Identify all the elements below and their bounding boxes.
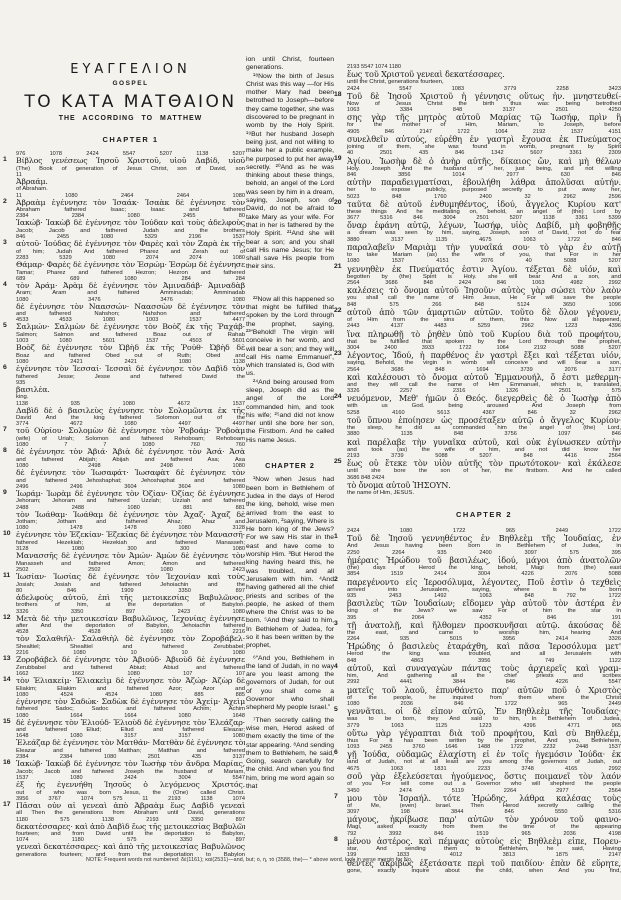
interlinear-line: 2564 3686 848 2424 846 1063 4982 2992καλ… <box>347 280 621 302</box>
greek-text-row: τοῦ ὕπνου ἐποίησεν ὡς προσέταξεν αὐτῷ ὁ … <box>347 416 621 425</box>
verse-number: 20 <box>334 199 342 206</box>
greek-text-row: ὄναρ ἐφάνη αὐτῷ, λέγων, Ἰωσήφ, υἱὸς Δαβί… <box>347 221 621 230</box>
greek-text-row: δὲ ἐγέννησε τὸν Ναασσών· Ναασσὼν δὲ ἐγέν… <box>16 303 245 312</box>
greek-text-row: ἐξ ἧς ἐγεννήθη Ἰησοῦς ὁ λεγόμενος Χριστό… <box>16 781 245 790</box>
interlinear-line: 2564 3686 848 1694 3739 2076 3177καὶ καλ… <box>347 367 621 389</box>
greek-text-row: βασιλεὺς τῶν Ἰουδαίων; εἴδομεν γὰρ αὐτοῦ… <box>347 599 621 608</box>
verse-number: 5 <box>3 322 7 329</box>
interlinear-line: 12424 1080 1722 965 2449 1722Τοῦ δὲ Ἰησο… <box>347 528 621 550</box>
greek-text-row: μάγους, ἠκρίβωσε παρ' αὐτῶν τὸν χρόνον τ… <box>347 815 621 824</box>
greek-text-row: Ἐλεάζαρ δὲ ἐγέννησε τὸν Ματθάν· Ματθὰν δ… <box>16 739 245 748</box>
greek-text-row: καλέσεις τὸ ὄνομα αὐτοῦ Ἰησοῦν· αὐτὸς γὰ… <box>347 286 621 295</box>
greek-text-row: καὶ καλέσουσι τὸ ὄνομα αὐτοῦ Ἐμμανουήλ, … <box>347 373 621 382</box>
interlinear-line: 233004 2400 3933 1722 1064 2192 5088 520… <box>347 345 621 367</box>
interlinear-line: 61093 2455 3760 1646 1488 1722 2232 2448… <box>347 744 621 766</box>
verse-number: 7 <box>334 793 338 800</box>
interlinear-line: 252193 3739 5088 5207 848 4416 2564ἕως ο… <box>347 453 621 475</box>
interlinear-line: 199 1833 4012 3813 1875 2147θέντες ἀκριβ… <box>347 852 621 874</box>
interlinear-line: 1080 3476 3476 1080δὲ ἐγέννησε τὸν Ναασσ… <box>16 297 245 318</box>
verse-number: 2 <box>3 198 7 205</box>
greek-text-row: Δαβὶδ δὲ ὁ βασιλεὺς ἐγέννησε τὸν Σολομῶν… <box>16 407 245 416</box>
greek-text-row: βασιλέα. <box>16 386 53 395</box>
left-interlinear-column: ΕΥΑΓΓΕΛΙΟΝ GOSPEL ΤΟ ΚΑΤΑ ΜΑΤΘΑΙΟΝ THE A… <box>3 62 245 858</box>
greek-text-row: Ἰωράμ· Ἰωρὰμ δὲ ἐγέννησε τὸν Ὀζίαν· Ὀζία… <box>16 490 245 499</box>
interlinear-line: 182424 5547 1083 3779 2258 3423Τοῦ δὲ Ἰη… <box>347 86 621 108</box>
interlinear-line: 151080 1664 1664 1080 1648δὲ ἐγέννησε τὸ… <box>16 713 245 734</box>
greek-text-row: Ζοροβάβελ δὲ ἐγέννησε τὸν Ἀβιούδ· Ἀβιοὺδ… <box>16 656 245 665</box>
interlinear-line: 1180 575 1138 2193 3350 897δεκατέσσαρες·… <box>16 817 245 838</box>
interlinear-line: 205023 848 1760 2400 32 2962 2596ταῦτα δ… <box>347 194 621 216</box>
interlinear-line: 3686 848 2424τὸ ὄνομα αὐτοῦ ἸΗΣΟΥΝ.the n… <box>347 475 468 497</box>
interlinear-line: 4689 689 1080 284 284τὸν Ἀράμ· Ἀρὰμ δὲ ἐ… <box>16 276 245 297</box>
greek-text-row: οὕτω γὰρ γέγραπται διὰ τοῦ προφήτου, Καὶ… <box>347 729 621 738</box>
greek-text-row: μου τὸν Ἰσραήλ. τότε Ἡρώδης, λάθρα καλέσ… <box>347 794 621 803</box>
interlinear-line: 211080 1537 4151 2076 40 5088 5207γεννηθ… <box>347 258 621 280</box>
verse-number: 18 <box>334 91 342 98</box>
interlinear-line: 1003 1080 5601 1537 4503 5601Βοὸζ δὲ ἐγέ… <box>16 338 245 359</box>
greek-text-row: ἡμέραις Ἡρώδου τοῦ βασιλέως, ἰδού, μάγοι… <box>347 556 621 565</box>
greek-text-row: τὸν Ἰωάθαμ· Ἰωάθαμ δὲ ἐγέννησε τὸν Ἀχαζ·… <box>16 511 245 520</box>
translation-paragraph: ⁷Then secretly calling the wise men, Her… <box>246 717 334 792</box>
page-header: ΕΥΑΓΓΕΛΙΟΝ GOSPEL ΤΟ ΚΑΤΑ ΜΑΤΘΑΙΟΝ THE A… <box>3 62 245 144</box>
verse-number: 17 <box>3 801 11 808</box>
greek-text-row: δὲ ἐγέννησε τὸν Ἐλιούδ· Ἐλιοὺδ δὲ ἐγέννη… <box>16 719 245 728</box>
verse-number: 10 <box>3 530 11 537</box>
interlinear-line: 173956 3767 1074 575 11 2193 1138 1074Πᾶ… <box>16 796 245 817</box>
interlinear-line: 80 846 1909 3350 897ἀδελφοὺς αὐτοῦ, ἐπὶ … <box>16 588 245 609</box>
interlinear-line: 4848 4863 3956 749 1122αὐτοῦ, καὶ συναγα… <box>347 658 621 680</box>
greek-text-row: μένου ἀστέρος. καὶ πέμψας αὐτοὺς εἰς Βηθ… <box>347 837 621 846</box>
interlinear-line: 92496 2496 3604 3604 1080Ἰωράμ· Ἰωρὰμ δὲ… <box>16 484 245 505</box>
gospel-title-english-gloss: GOSPEL <box>16 80 245 87</box>
interlinear-line: 3097 198 3844 846 5550 5316μάγους, ἠκρίβ… <box>347 809 621 831</box>
interlinear-line: 141662 1662 1080 107 107τὸν Ἐλιακείμ· Ἐλ… <box>16 671 245 692</box>
greek-text-row: δὲ ἐγέννησε τὸν Ἰωσαφάτ· Ἰωσαφὰτ δὲ ἐγέν… <box>16 469 245 478</box>
verse-number: 8 <box>334 836 338 843</box>
verse-number: 4 <box>3 281 7 288</box>
greek-text-row: Μετὰ δὲ τὴν μετοικεσίαν Βαβυλῶνος, Ἰεχον… <box>16 615 245 624</box>
greek-text-row: Ἀβραὰμ ἐγέννησε τὸν Ἰσαάκ· Ἰσαὰκ δὲ ἐγέν… <box>16 199 245 208</box>
interlinear-line: 846 3856 1014 2977 630 846αὐτὴν παραδειγ… <box>347 172 621 194</box>
interlinear-line: 73450 2474 5119 2264 2977 2564μου τὸν Ἰσ… <box>347 788 621 810</box>
greek-text-row: Ἀβραάμ. <box>16 178 66 187</box>
greek-text-row: σοῦ γὰρ ἐξελεύσεται ἡγούμενος, ὅστις ποι… <box>347 772 621 781</box>
greek-text-row: ἕως τοῦ Χριστοῦ γενεαὶ δεκατέσσαρες. <box>347 70 517 79</box>
interlinear-line: 54533 4533 1080 1003 1537 4477Σαλμών· Σα… <box>16 317 245 338</box>
greek-text-row: ταῦτα δὲ αὐτοῦ ἐνθυμηθέντος, ἰδού, ἄγγελ… <box>347 200 621 209</box>
english-gloss-row: the name of Him, JESUS. <box>347 490 468 496</box>
greek-text-row: Μανασσῆς δὲ ἐγέννησε τὸν Ἀμών· Ἀμὼν δὲ ἐ… <box>16 552 245 561</box>
verse-number: 6 <box>3 364 7 371</box>
interlinear-line: 73774 4672 1080 4497 4497τοῦ Οὐρίου· Σολ… <box>16 421 245 442</box>
greek-text-row: Ἁγίου. Ἰωσὴφ δὲ ὁ ἀνὴρ αὐτῆς, δίκαιος ὤν… <box>347 157 621 166</box>
interlinear-line: 11Ἀβραάμ.of Abraham. <box>16 172 66 193</box>
greek-text-row: αὐτὴν παραδειγματίσαι, ἐβουλήθη λάθρα ἀπ… <box>347 178 621 187</box>
greek-text-row: συνελθεῖν αὐτούς, εὑρέθη ἐν γαστρὶ ἔχουσ… <box>347 135 621 144</box>
interlinear-line: 2250 2264 935 2400 3097 575 395ἡμέραις Ἡ… <box>347 550 621 572</box>
verse-number: 12 <box>3 614 11 621</box>
chapter-2-heading-middle: CHAPTER 2 <box>246 462 334 470</box>
interlinear-line: 2384 2384 1080 2455 80Ἰακώβ· Ἰακὼβ δὲ ἐγ… <box>16 213 245 234</box>
interlinear-line: 2488 2488 1080 881 881τὸν Ἰωάθαμ· Ἰωάθαμ… <box>16 505 245 526</box>
greek-text-row: αὐτοῦ· Ἰούδας δὲ ἐγέννησε τὸν Φαρὲς καὶ … <box>16 240 245 249</box>
verse-number: 11 <box>3 572 10 579</box>
gospel-title-greek: ΕΥΑΓΓΕΛΙΟΝ <box>16 62 245 77</box>
interlinear-line: 51080 2036 846 1722 965 2449γεννᾶται. οἱ… <box>347 701 621 723</box>
interlinear-line: 1940 2501 435 846 1342 5607 3361 2309Ἁγί… <box>347 150 621 172</box>
english-translation-column: ion until Christ, fourteen generations.¹… <box>246 56 334 851</box>
chapter-1-heading: CHAPTER 1 <box>16 135 245 144</box>
verse-number: 13 <box>3 655 11 662</box>
interlinear-line: 3880 1135 848 3756 1097 846καὶ παρέλαβε … <box>347 431 621 453</box>
interlinear-line: 162384 2384 1080 2501 435 3137Ἰακώβ· Ἰακ… <box>16 754 245 775</box>
verse-number: 24 <box>334 393 342 400</box>
interlinear-line: 1537 1080 2424 3004 5547ἐξ ἧς ἐγεννήθη Ἰ… <box>16 775 245 796</box>
translation-paragraph: ²⁴And being aroused from sleep, Joseph d… <box>246 379 334 445</box>
greek-text-row: Βοὸζ δὲ ἐγέννησε τὸν Ὠβὴδ ἐκ τῆς Ῥούθ· Ὠ… <box>16 344 245 353</box>
greek-text-row: λέγοντος, Ἰδού, ἡ παρθένος ἐν γαστρὶ ἕξε… <box>347 351 621 360</box>
greek-text-row: γενεαὶ δεκατέσσαρες· καὶ ἀπὸ τῆς μετοικε… <box>16 843 245 852</box>
interlinear-line: 132216 1080 10 10 1080Ζοροβάβελ δὲ ἐγένν… <box>16 650 245 671</box>
greek-text-row: ματεῖς τοῦ λαοῦ, ἐπυνθάνετο παρ' αὐτῶν π… <box>347 686 621 695</box>
interlinear-line: 5258 4160 5613 4367 846 32 2962τοῦ ὕπνου… <box>347 410 621 432</box>
interlinear-line: 2443 4137 4483 5259 2962 1223 4396ἵνα πλ… <box>347 323 621 345</box>
greek-text-row: Ἰωσίαν· Ἰωσίας δὲ ἐγέννησε τὸν Ἰεχονίαν … <box>16 573 245 582</box>
greek-text-row: νευόμενον, Μεθ' ἡμῶν ὁ Θεός. διεγερθεὶς … <box>347 394 621 403</box>
interlinear-line: 1074 1180 575 3350 897γενεαὶ δεκατέσσαρε… <box>16 837 245 858</box>
interlinear-line: 4528 4528 1080 2216τὸν Σαλαθιήλ· Σαλαθιὴ… <box>16 629 245 650</box>
chapter-2-heading: CHAPTER 2 <box>347 510 621 519</box>
greek-text-row: τὸ ὄνομα αὐτοῦ ἸΗΣΟΥΝ. <box>347 481 468 490</box>
greek-text-row: αὐτοῦ, καὶ συναγαγὼν πάντας τοὺς ἀρχιερε… <box>347 664 621 673</box>
footnote: NOTE: Frequent words not numbered: δέ(11… <box>86 857 466 863</box>
right-interlinear-column: 2193 5547 1074 1180ἕως τοῦ Χριστοῦ γενεα… <box>333 64 621 874</box>
verse-number: 25 <box>334 458 342 465</box>
interlinear-line: 3779 1063 1125 1223 4396 4771 965οὕτω γὰ… <box>347 723 621 745</box>
greek-text-row: τὸν Ἐλιακείμ· Ἐλιακεὶμ δὲ ἐγέννησε τὸν Ἀ… <box>16 677 245 686</box>
translation-paragraph: ¹Now when Jesus had been born in Bethleh… <box>246 476 334 650</box>
verse-number: 1 <box>3 156 7 163</box>
interlinear-line: 8792 3992 846 1519 965 2036 4198μένου ἀσ… <box>347 831 621 853</box>
interlinear-line: 112502 2502 1080 2423Ἰωσίαν· Ἰωσίας δὲ ἐ… <box>16 567 245 588</box>
interlinear-line: 22848 575 266 848 5124 3650 1096αὐτοῦ ἀπ… <box>347 302 621 324</box>
greek-text-row: τὸν Ἀράμ· Ἀρὰμ δὲ ἐγέννησε τὸν Ἀμιναδάβ·… <box>16 282 245 291</box>
interlinear-line: 935βασιλέα.king. <box>16 380 53 401</box>
chapter-1-interlinear-text: 1976 1078 2424 5547 5207 1138 5207Βίβλος… <box>3 151 245 858</box>
greek-text-row: δὲ ἐγέννησε τὸν Ἀβιά· Ἀβιὰ δὲ ἐγέννησε τ… <box>16 448 245 457</box>
interlinear-line: 1063 3384 848 3137 2501 4250σης γὰρ τῆς … <box>347 107 621 129</box>
greek-text-row: Βίβλος γενέσεως Ἰησοῦ Χριστοῦ, υἱοῦ Δαβί… <box>16 157 245 166</box>
interlinear-line: 3395 2064 4352 846 191τῇ ἀνατολῇ, καὶ ἤλ… <box>347 615 621 637</box>
greek-text-row: ἐγέννησε τὸν Ἐζεκίαν· Ἐζεκίας δὲ ἐγέννησ… <box>16 531 245 540</box>
verse-number: 5 <box>334 706 338 713</box>
interlinear-line: 1138 935 1080 4672 1537Δαβὶδ δὲ ὁ βασιλε… <box>16 401 245 422</box>
verse-number: 8 <box>3 447 7 454</box>
interlinear-line: 2193 5547 1074 1180ἕως τοῦ Χριστοῦ γενεα… <box>347 64 517 86</box>
interlinear-line: 4675 1063 1831 2233 3748 4165 2992σοῦ γὰ… <box>347 766 621 788</box>
greek-text-row: Σαλμών· Σαλμὼν δὲ ἐγέννησε τὸν Βοὸζ ἐκ τ… <box>16 323 245 332</box>
verse-number: 22 <box>334 307 342 314</box>
greek-text-row: Ἡρώδης ὁ βασιλεὺς ἐταράχθη, καὶ πᾶσα Ἱερ… <box>347 642 621 651</box>
interlinear-line: 3677 5316 846 3004 2501 5207 1138 3361 5… <box>347 215 621 237</box>
greek-text-row: ἵνα πληρωθῇ τὸ ῥηθὲν ὑπὸ τοῦ Κυρίου διὰ … <box>347 330 621 339</box>
verse-number: 3 <box>334 620 338 627</box>
translation-paragraph: ¹⁸Now the birth of Jesus Christ was this… <box>246 73 334 272</box>
verse-number: 14 <box>3 676 11 683</box>
interlinear-line: 1080 2498 2498 1080δὲ ἐγέννησε τὸν Ἰωσαφ… <box>16 463 245 484</box>
verse-number: 16 <box>3 759 11 766</box>
interlinear-line: 1976 1078 2424 5547 5207 1138 5207Βίβλος… <box>16 151 245 172</box>
interlinear-line: 81080 7 7 1080 760 760δὲ ἐγέννησε τὸν Ἀβ… <box>16 442 245 463</box>
interlinear-line: 3128 1080 300 300 1080Μανασσῆς δὲ ἐγέννη… <box>16 546 245 567</box>
interlinear-line: 2283 5329 1080 2074 2074 1080Θάμαρ· Φαρὲ… <box>16 255 245 276</box>
interlinear-line: 935 2453 1492 1063 848 792 1722βασιλεὺς … <box>347 593 621 615</box>
greek-text-row: Πᾶσαι οὖν αἱ γενεαὶ ἀπὸ Ἀβραὰμ ἕως Δαβὶδ… <box>16 802 245 811</box>
verse-number: 2 <box>334 576 338 583</box>
greek-text-row: ἕως οὗ ἔτεκε τὸν υἱὸν αὐτῆς τὸν πρωτότοκ… <box>347 459 621 468</box>
greek-text-row: γεννηθὲν ἐκ Πνεύματός ἐστιν Ἁγίου. τέξετ… <box>347 265 621 274</box>
greek-text-row: ἐγέννησε τὸν Ἰεσσαί· Ἰεσσαὶ δὲ ἐγέννησε … <box>16 365 245 374</box>
interlinear-line: 61080 2421 2421 1080 1138ἐγέννησε τὸν Ἰε… <box>16 359 245 380</box>
verse-number: 4 <box>334 663 338 670</box>
verse-number: 7 <box>3 426 7 433</box>
greek-text-row: δεκατέσσαρες· καὶ ἀπὸ Δαβὶδ ἕως τῆς μετο… <box>16 823 245 832</box>
greek-text-row: παρεγένοντο εἰς Ἱεροσόλυμα, λέγοντες, Πο… <box>347 578 621 587</box>
interlinear-line: 1648 1080 3157 3157 1080Ἐλεάζαρ δὲ ἐγένν… <box>16 733 245 754</box>
verse-number: 3 <box>3 239 7 246</box>
greek-text-row: Τοῦ δὲ Ἰησοῦ γεννηθέντος ἐν Βηθλεὲμ τῆς … <box>347 534 621 543</box>
interlinear-line: 123326 3350 897 2423 1080Μετὰ δὲ τὴν μετ… <box>16 609 245 630</box>
verse-number: 19 <box>334 155 342 162</box>
interlinear-bible-page: ΕΥΑΓΓΕΛΙΟΝ GOSPEL ΤΟ ΚΑΤΑ ΜΑΤΘΑΙΟΝ THE A… <box>0 0 621 900</box>
greek-text-row: γῇ Ἰούδα, οὐδαμῶς ἐλαχίστη εἶ ἐν τοῖς ἡγ… <box>347 750 621 759</box>
verse-number: 6 <box>334 749 338 756</box>
interlinear-line: 101080 1478 1478 1080 3128ἐγέννησε τὸν Ἐ… <box>16 525 245 546</box>
interlinear-line: 2264 935 5015 3956 2414 3326Ἡρώδης ὁ βασ… <box>347 636 621 658</box>
greek-text-row: σης γὰρ τῆς μητρὸς αὐτοῦ Μαρίας τῷ Ἰωσήφ… <box>347 113 621 122</box>
greek-text-row: καὶ παρέλαβε τὴν γυναῖκα αὐτοῦ, καὶ οὐκ … <box>347 438 621 447</box>
interlinear-line: 4905 846 2147 1722 1064 2192 1537 4151συ… <box>347 129 621 151</box>
interlinear-line: 23854 1519 2414 3004 4226 2076 5088παρεγ… <box>347 571 621 593</box>
verse-number: 21 <box>334 263 342 270</box>
greek-text-row: γεννᾶται. οἱ δὲ εἶπον αὐτῷ, Ἐν Βηθλεὲμ τ… <box>347 707 621 716</box>
verse-number: 1 <box>334 533 338 540</box>
translation-paragraph: ²²Now all this happened so that might be… <box>246 296 334 379</box>
english-gloss-row: gone, exactly inquire about the child, w… <box>347 868 621 874</box>
greek-text-row: τοῦ Οὐρίου· Σολομὼν δὲ ἐγέννησε τὸν Ῥοβο… <box>16 427 245 436</box>
book-title-greek: ΤΟ ΚΑΤΑ ΜΑΤΘΑΙΟΝ <box>16 92 245 112</box>
greek-text-row: τῇ ἀνατολῇ, καὶ ἤλθομεν προσκυνῆσαι αὐτῷ… <box>347 621 621 630</box>
interlinear-line: 211 1080 2464 2464 1080Ἀβραὰμ ἐγέννησε τ… <box>16 193 245 214</box>
greek-text-row: Ἰακώβ· Ἰακὼβ δὲ ἐγέννησε τὸν Ἰούδαν καὶ … <box>16 219 245 228</box>
verse-number: 9 <box>3 489 7 496</box>
greek-text-row: Θάμαρ· Φαρὲς δὲ ἐγέννησε τὸν Ἑσρώμ· Ἑσρὼ… <box>16 261 245 270</box>
greek-text-row: αὐτοῦ ἀπὸ τῶν ἁμαρτιῶν αὐτῶν. τοῦτο δὲ ὅ… <box>347 308 621 317</box>
interlinear-line: 3846 2455 1080 5329 2196 1537αὐτοῦ· Ἰούδ… <box>16 234 245 255</box>
interlinear-line: 243326 2257 2316 1326 2501 575νευόμενον,… <box>347 388 621 410</box>
greek-text-row: Τοῦ δὲ Ἰησοῦ Χριστοῦ ἡ γέννησις οὕτως ἦν… <box>347 92 621 101</box>
greek-text-row: τὸν Σαλαθιήλ· Σαλαθιὴλ δὲ ἐγέννησε τὸν Ζ… <box>16 635 245 644</box>
translation-paragraph: ion until Christ, fourteen generations. <box>246 56 334 73</box>
translation-paragraph: ⁶“And you, Bethlehem in the land of Juda… <box>246 655 334 713</box>
verse-number: 15 <box>3 718 11 725</box>
greek-text-row: Ἰακώβ· Ἰακὼβ δὲ ἐγέννησε τὸν Ἰωσὴφ τὸν ἄ… <box>16 760 245 769</box>
greek-text-row: παραλαβεῖν Μαριὰμ τὴν γυναῖκά σου· τὸ γὰ… <box>347 243 621 252</box>
interlinear-line: 1080 4524 4524 1080 885 885ἐγέννησε τὸν … <box>16 692 245 713</box>
interlinear-line: 2992 4441 3844 846 4226 5547ματεῖς τοῦ λ… <box>347 679 621 701</box>
book-title-english-gloss: THE ACCORDING TO MATTHEW <box>16 115 245 122</box>
interlinear-line: 3880 3137 1135 4675 1063 1722 846παραλαβ… <box>347 237 621 259</box>
greek-text-row: ἐγέννησε τὸν Σαδώκ· Σαδὼκ δὲ ἐγέννησε τὸ… <box>16 698 245 707</box>
verse-number: 23 <box>334 350 342 357</box>
greek-text-row: ἀδελφοὺς αὐτοῦ, ἐπὶ τῆς μετοικεσίας Βαβυ… <box>16 594 245 603</box>
